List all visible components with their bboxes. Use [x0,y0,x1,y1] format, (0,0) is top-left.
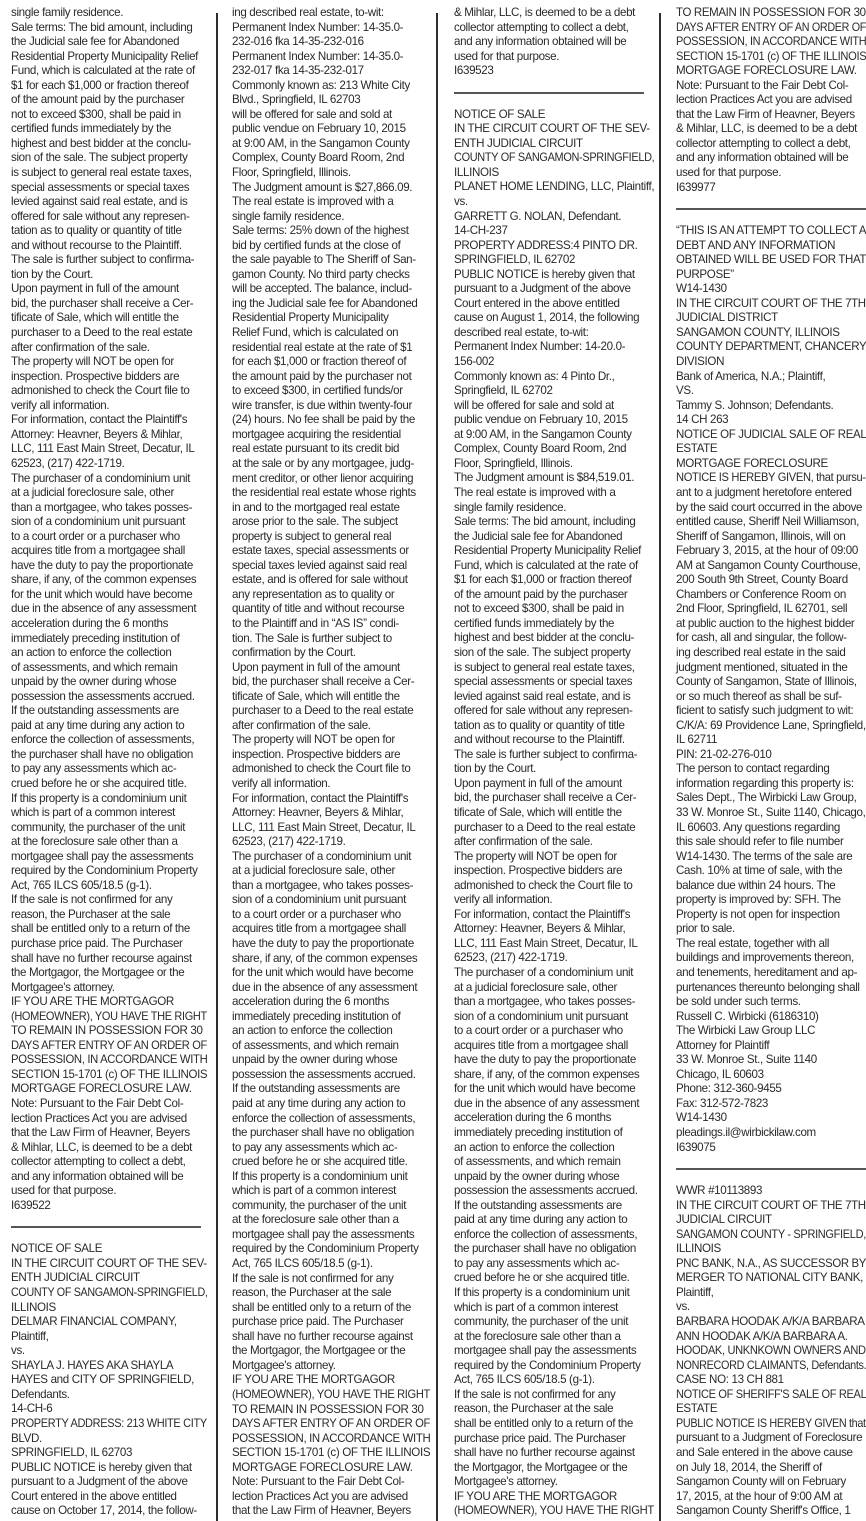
notice-text-line: to pay any assessments which ac- [454,1257,654,1272]
notice-text-line: unpaid by the owner during whose [11,675,207,690]
notice-text-line: the sale payable to The Sheriff of San- [232,253,430,268]
notice-text-line: SPRINGFIELD, IL 62702 [454,253,654,268]
notice-text-line: February 3, 2015, at the hour of 09:00 [676,544,866,559]
notice-text-line: enforce the collection of assessments, [11,733,207,748]
notice-text-line: possession the assessments accrued. [11,690,207,705]
notice-text-line: share, if any, of the common expenses [232,952,430,967]
notice-text-line: required by the Condominium Property [232,1242,430,1257]
notice-text-line: LLC, 111 East Main Street, Decatur, IL [232,821,430,836]
notice-text-line: Chambers or Conference Room on [676,588,866,603]
notice-text-line: Chicago, IL 60603 [676,1068,866,1083]
notice-text-line: The person to contact regarding [676,762,866,777]
notice-text-line: have the duty to pay the proportionate [11,559,207,574]
notice-text-line: offered for sale without any represen- [11,210,207,225]
notice-text-line: Mortgagee's attorney. [454,1475,654,1490]
notice-text-line: NOTICE OF JUDICIAL SALE OF REAL [676,428,864,443]
notice-text-line: Residential Property Municipality Relief [11,50,207,65]
notice-text-line: The real estate, together with all [676,937,866,952]
notice-text-line: & Mihlar, LLC, is deemed to be a debt [454,6,654,21]
notice-text-line: after confirmation of the sale. [11,341,207,356]
notice-text-line: $1 for each $1,000 or fraction thereof [11,79,207,94]
notice-text-line: $1 for each $1,000 or fraction thereof [454,573,654,588]
notice-text-line: Upon payment in full of the amount [454,777,654,792]
notice-text-line: If this property is a condominium unit [11,792,207,807]
notice-text-line: The property will NOT be open for [232,733,430,748]
notice-text-line: Residential Property Municipality [232,311,430,326]
legal-notice: NOTICE OF SALEIN THE CIRCUIT COURT OF TH… [11,1242,207,1518]
notice-text-line: PUBLIC NOTICE is hereby given that [11,1461,207,1476]
notice-text-line: 232-017 fka 14-35-232-017 [232,64,430,79]
notice-text-line: reason, the Purchaser at the sale [11,908,207,923]
notice-text-line: W14-1430 [676,282,866,297]
notice-text-line: Attorney: Heavner, Beyers & Mihlar, [11,428,207,443]
notice-text-line: crued before he or she acquired title. [454,1271,654,1286]
notice-text-line: at the foreclosure sale other than a [11,835,207,850]
notice-text-line: ing described real estate, to-wit: [232,6,430,21]
notice-text-line: ENTH JUDICIAL CIRCUIT [454,137,654,152]
notice-text-line: sion of a condominium unit pursuant [454,1010,654,1025]
notice-text-line: IF YOU ARE THE MORTGAGOR [454,1490,654,1505]
notice-text-line: Court entered in the above entitled [454,297,654,312]
notice-text-line: collector attempting to collect a debt, [454,21,654,36]
notice-text-line: for the unit which would have become [11,588,207,603]
notice-text-line: gamon County. No third party checks [232,268,430,283]
notice-text-line: not to exceed $300, shall be paid in [11,108,207,123]
notice-text-line: PUBLIC NOTICE is hereby given that [454,268,654,283]
notice-text-line: acquires title from a mortgagee shall [454,1039,654,1054]
notice-text-line: Property is not open for inspection [676,908,866,923]
notice-text-line: (24) hours. No fee shall be paid by the [232,413,430,428]
notice-text-line: of assessments, and which remain [11,661,207,676]
notice-text-line: for cash, all and singular, the follow- [676,631,866,646]
notice-text-line: inspection. Prospective bidders are [232,748,430,763]
notice-text-line: Sale terms: The bid amount, including [454,515,654,530]
notice-text-line: Fund, which is calculated at the rate of [454,559,654,574]
notice-text-line: Complex, County Board Room, 2nd [454,442,654,457]
notice-text-line: inspection. Prospective bidders are [11,370,207,385]
notice-text-line: ANN HOODAK A/K/A BARBARA A. [676,1330,866,1345]
notice-text-line: The Judgment amount is $84,519.01. [454,471,654,486]
notice-text-line: bid, the purchaser shall receive a Cer- [454,791,654,806]
notice-text-line: MERGER TO NATIONAL CITY BANK, [676,1271,866,1286]
notice-text-line: at the sale or by any mortgagee, judg- [232,457,430,472]
notice-text-line: have the duty to pay the proportionate [454,1053,654,1068]
notice-text-line: For information, contact the Plaintiff's [11,413,207,428]
notice-text-line: LLC, 111 East Main Street, Decatur, IL [454,937,654,952]
notice-text-line: 232-016 fka 14-35-232-016 [232,35,430,50]
notice-text-line: pursuant to a Judgment of Foreclosure [676,1431,866,1446]
notice-text-line: for each $1,000 or fraction thereof of [232,355,430,370]
notice-text-line: purchase price paid. The Purchaser [232,1315,430,1330]
notice-text-line: TO REMAIN IN POSSESSION FOR 30 [676,6,864,21]
notice-text-line: VS. [676,384,866,399]
notice-text-line: used for that purpose. [454,50,654,65]
notice-text-line: used for that purpose. [11,1184,207,1199]
notice-text-line: If the sale is not confirmed for any [454,1388,654,1403]
legal-notice: ing described real estate, to-wit:Perman… [232,6,430,1519]
notice-text-line: ment creditor, or other lienor acquiring [232,472,430,487]
notice-text-line: acquires title from a mortgagee shall [232,922,430,937]
legal-notice: “THIS IS AN ATTEMPT TO COLLECT ADEBT AND… [676,224,866,1155]
notice-text-line: Permanent Index Number: 14-20.0- [454,340,654,355]
notice-text-line: COUNTY DEPARTMENT, CHANCERY [676,340,865,355]
notice-text-line: to a court order or a purchaser who [11,530,207,545]
notice-text-line: I639522 [11,1199,207,1214]
notice-text-line: POSSESSION, IN ACCORDANCE WITH [11,1053,202,1068]
notice-text-line: public vendue on February 10, 2015 [454,413,654,428]
notice-text-line: OBTAINED WILL BE USED FOR THAT [676,253,864,268]
notice-text-line: than a mortgagee, who takes posses- [454,995,654,1010]
notice-text-line: at 9:00 AM, in the Sangamon County [454,428,654,443]
notice-text-line: purchaser to a Deed to the real estate [454,821,654,836]
notice-text-line: The purchaser of a condominium unit [11,472,207,487]
notice-text-line: shall be entitled only to a return of th… [454,1417,654,1432]
notice-text-line: mortgagee shall pay the assessments [454,1344,654,1359]
notice-text-line: DAYS AFTER ENTRY OF AN ORDER OF [676,21,852,36]
notice-text-line: Note: Pursuant to the Fair Debt Col- [232,1475,430,1490]
notice-text-line: Permanent Index Number: 14-35.0- [232,50,430,65]
legal-notice: & Mihlar, LLC, is deemed to be a debtcol… [454,6,654,79]
notice-text-line: property is subject to general real [232,530,430,545]
notice-text-line: 33 W. Monroe St., Suite 1140, Chicago, [676,806,866,821]
notice-text-line: Sale terms: 25% down of the highest [232,224,430,239]
notice-text-line: If the outstanding assessments are [232,1082,430,1097]
notice-text-line: Residential Property Municipality Relief [454,544,654,559]
notice-text-line: after confirmation of the sale. [454,835,654,850]
notice-text-line: certified funds immediately by the [454,617,654,632]
notice-separator-rule [454,92,644,94]
notice-text-line: at the foreclosure sale other than a [454,1330,654,1345]
notice-text-line: at a judicial foreclosure sale, other [11,486,207,501]
notice-text-line: paid at any time during any action to [11,719,207,734]
notice-text-line: SECTION 15-1701 (c) OF THE ILLINOIS [232,1446,430,1461]
notice-text-line: The Wirbicki Law Group LLC [676,1024,866,1039]
notice-separator-rule [676,1168,866,1170]
notice-text-line: any representation as to quality or [232,588,430,603]
notice-text-line: GARRETT G. NOLAN, Defendant. [454,210,654,225]
notice-text-line: on July 18, 2014, the Sheriff of [676,1461,866,1476]
notice-text-line: DAYS AFTER ENTRY OF AN ORDER OF [11,1039,198,1054]
notice-text-line: for the unit which would have become [454,1082,654,1097]
notice-text-line: buildings and improvements thereon, [676,951,866,966]
notice-text-line: due in the absence of any assessment [11,602,207,617]
notice-text-line: County of Sangamon, State of Illinois, [676,675,866,690]
notice-text-line: levied against said real estate, and is [454,690,654,705]
notice-text-line: Upon payment in full of the amount [232,661,430,676]
notice-text-line: that the Law Firm of Heavner, Beyers [676,108,866,123]
notice-text-line: and without recourse to the Plaintiff. [454,733,654,748]
notice-text-line: residential real estate at the rate of $… [232,341,430,356]
notice-text-line: Fund, which is calculated at the rate of [11,64,207,79]
notice-text-line: to a court order or a purchaser who [454,1024,654,1039]
notice-text-line: Floor, Springfield, Illinois. [232,166,430,181]
notice-text-line: Note: Pursuant to the Fair Debt Col- [676,79,866,94]
notice-text-line: The real estate is improved with a [454,486,654,501]
notice-text-line: I639075 [676,1141,866,1156]
notice-text-line: ILLINOIS [11,1301,207,1316]
notice-text-line: ing described real estate in the said [676,646,866,661]
notice-text-line: IN THE CIRCUIT COURT OF THE 7TH [676,1199,864,1214]
notice-text-line: Plaintiff, [676,1286,866,1301]
notice-text-line: which is part of a common interest [454,1301,654,1316]
notice-text-line: of the amount paid by the purchaser [454,588,654,603]
notice-text-line: acquires title from a mortgagee shall [11,544,207,559]
notice-text-line: acceleration during the 6 months [454,1111,654,1126]
notice-text-line: Sheriff of Sangamon, Illinois, will on [676,530,866,545]
notice-text-line: For information, contact the Plaintiff's [454,908,654,923]
notice-text-line: at a judicial foreclosure sale, other [232,864,430,879]
notice-text-line: lection Practices Act you are advised [11,1112,207,1127]
notice-text-line: If the outstanding assessments are [11,704,207,719]
legal-notice: NOTICE OF SALEIN THE CIRCUIT COURT OF TH… [454,108,654,1519]
notice-text-line: confirmation by the Court. [232,646,430,661]
notice-text-line: at the foreclosure sale other than a [232,1213,430,1228]
notice-text-line: described real estate, to-wit: [454,326,654,341]
notice-text-line: POSSESSION, IN ACCORDANCE WITH [232,1432,427,1447]
notice-text-line: share, if any, of the common expenses [11,573,207,588]
notice-text-line: ESTATE [676,1402,866,1417]
notice-text-line: Act, 765 ILCS 605/18.5 (g-1). [11,879,207,894]
notice-text-line: mortgagee shall pay the assessments [232,1228,430,1243]
notice-text-line: IL 62711 [676,733,866,748]
notice-separator-rule [676,208,866,210]
notice-text-line: public vendue on February 10, 2015 [232,122,430,137]
notice-text-line: MORTGAGE FORECLOSURE LAW. [11,1082,207,1097]
notice-text-line: judgment mentioned, situated in the [676,661,866,676]
notice-text-line: sion of the sale. The subject property [454,646,654,661]
notice-text-line: Tammy S. Johnson; Defendants. [676,399,866,414]
column-divider [216,13,218,1521]
notice-text-line: real estate pursuant to its credit bid [232,442,430,457]
notice-text-line: enforce the collection of assessments, [454,1228,654,1243]
notice-text-line: that the Law Firm of Heavner, Beyers [232,1504,430,1519]
notice-text-line: shall have no further recourse against [232,1330,430,1345]
notice-text-line: 62523, (217) 422-1719. [454,951,654,966]
notice-text-line: SANGAMON COUNTY - SPRINGFIELD, [676,1228,857,1243]
notice-text-line: share, if any, of the common expenses [454,1068,654,1083]
notice-text-line: not to exceed $300, shall be paid in [454,602,654,617]
notice-text-line: of the amount paid by the purchaser [11,93,207,108]
notice-text-line: to pay any assessments which ac- [232,1141,430,1156]
notice-text-line: crued before he or she acquired title. [232,1155,430,1170]
notice-text-line: PNC BANK, N.A., AS SUCCESSOR BY [676,1257,862,1272]
notice-text-line: NOTICE IS HEREBY GIVEN, that pursu- [676,471,858,486]
notice-text-line: at 9:00 AM, in the Sangamon County [232,137,430,152]
notice-text-line: 33 W. Monroe St., Suite 1140 [676,1053,866,1068]
notice-text-line: shall have no further recourse against [454,1446,654,1461]
notice-text-line: Attorney for Plaintiff [676,1039,866,1054]
notice-text-line: unpaid by the owner during whose [232,1053,430,1068]
notice-text-line: lection Practices Act you are advised [676,93,866,108]
notice-text-line: purtenances thereunto belonging shall [676,981,866,996]
notice-text-line: pleadings.il@wirbickilaw.com [676,1126,866,1141]
notice-text-line: 17, 2015, at the hour of 9:00 AM at [676,1490,866,1505]
notice-text-line: and any information obtained will be [11,1170,207,1185]
notice-text-line: estate taxes, special assessments or [232,544,430,559]
notice-text-line: shall be entitled only to a return of th… [11,922,207,937]
notice-text-line: LLC, 111 East Main Street, Decatur, IL [11,442,207,457]
notice-text-line: sion of the sale. The subject property [11,151,207,166]
notice-text-line: BARBARA HOODAK A/K/A BARBARA [676,1315,866,1330]
notice-text-line: required by the Condominium Property [11,864,207,879]
notice-text-line: the Mortgagor, the Mortgagee or the [232,1344,430,1359]
notice-text-line: ILLINOIS [676,1242,866,1257]
notice-text-line: or so much thereof as shall be suf- [676,690,866,705]
notice-text-line: single family residence. [11,6,207,21]
notice-text-line: TO REMAIN IN POSSESSION FOR 30 [11,1024,207,1039]
notice-text-line: 14-CH-237 [454,224,654,239]
notice-text-line: acceleration during the 6 months [232,995,430,1010]
notice-text-line: estate, and is offered for sale without [232,573,430,588]
notice-text-line: tificate of Sale, which will entitle the [11,311,207,326]
notice-text-line: due in the absence of any assessment [454,1097,654,1112]
notice-text-line: of assessments, and which remain [454,1155,654,1170]
notice-text-line: Sangamon County Sheriff's Office, 1 [676,1504,866,1519]
notice-text-line: wire transfer, is due within twenty-four [232,399,430,414]
notice-text-line: shall have no further recourse against [11,952,207,967]
notice-text-line: mortgagee shall pay the assessments [11,850,207,865]
notice-text-line: Sale terms: The bid amount, including [11,21,207,36]
notice-text-line: arose prior to the sale. The subject [232,515,430,530]
notice-text-line: HAYES and CITY OF SPRINGFIELD, [11,1373,207,1388]
notice-text-line: and any information obtained will be [454,35,654,50]
notice-text-line: Plaintiff, [11,1330,207,1345]
notice-text-line: enforce the collection of assessments, [232,1112,430,1127]
notice-text-line: Springfield, IL 62702 [454,384,654,399]
notice-text-line: special taxes levied against said real [232,559,430,574]
notice-text-line: the amount paid by the purchaser not [232,370,430,385]
notice-text-line: the Mortgagor, the Mortgagee or the [454,1461,654,1476]
notice-text-line: NOTICE OF SHERIFF'S SALE OF REAL [676,1388,857,1403]
notice-text-line: The Judgment amount is $27,866.09. [232,181,430,196]
notice-text-line: If this property is a condominium unit [232,1170,430,1185]
notice-text-line: ILLINOIS [454,166,654,181]
notice-text-line: sion of a condominium unit pursuant [232,893,430,908]
notice-text-line: immediately preceding institution of [11,632,207,647]
notice-text-line: is subject to general real estate taxes, [11,166,207,181]
notice-text-line: single family residence. [232,210,430,225]
notice-text-line: paid at any time during any action to [232,1097,430,1112]
notice-text-line: purchaser to a Deed to the real estate [232,704,430,719]
notice-text-line: IL 60603. Any questions regarding [676,821,866,836]
notice-text-line: For information, contact the Plaintiff's [232,792,430,807]
notice-text-line: be sold under such terms. [676,995,866,1010]
notice-text-line: WWR #10113893 [676,1184,866,1199]
notice-text-line: certified funds immediately by the [11,122,207,137]
notice-text-line: MORTGAGE FORECLOSURE [676,457,866,472]
column-3: & Mihlar, LLC, is deemed to be a debtcol… [454,0,654,1521]
notice-text-line: to pay any assessments which ac- [11,762,207,777]
notice-text-line: information regarding this property is: [676,777,866,792]
notice-text-line: I639523 [454,64,654,79]
notice-text-line: verify all information. [11,399,207,414]
notice-text-line: (HOMEOWNER), YOU HAVE THE RIGHT [454,1504,647,1519]
notice-text-line: that the Law Firm of Heavner, Beyers [11,1126,207,1141]
notice-text-line: the residential real estate whose rights [232,486,430,501]
notice-text-line: for the unit which would have become [232,966,430,981]
notice-text-line: If this property is a condominium unit [454,1286,654,1301]
notice-text-line: IN THE CIRCUIT COURT OF THE SEV- [454,122,654,137]
notice-text-line: community, the purchaser of the unit [232,1199,430,1214]
notice-text-line: bid, the purchaser shall receive a Cer- [11,297,207,312]
notice-text-line: collector attempting to collect a debt, [676,137,866,152]
notice-text-line: bid, the purchaser shall receive a Cer- [232,675,430,690]
notice-text-line: community, the purchaser of the unit [454,1315,654,1330]
notice-text-line: Relief Fund, which is calculated on [232,326,430,341]
notice-text-line: crued before he or she acquired title. [11,777,207,792]
notice-text-line: than a mortgagee, who takes posses- [232,879,430,894]
notice-text-line: Fax: 312-572-7823 [676,1097,866,1112]
notice-text-line: The property will NOT be open for [454,850,654,865]
notice-text-line: used for that purpose. [676,166,866,181]
notice-text-line: the purchaser shall have no obligation [454,1242,654,1257]
notice-text-line: JUDICIAL CIRCUIT [676,1213,866,1228]
notice-text-line: Note: Pursuant to the Fair Debt Col- [11,1097,207,1112]
notice-text-line: tion by the Court. [454,762,654,777]
notice-text-line: than a mortgagee, who takes posses- [11,501,207,516]
notice-text-line: SECTION 15-1701 (c) OF THE ILLINOIS [676,50,858,65]
notice-text-line: POSSESSION, IN ACCORDANCE WITH [676,35,856,50]
notice-text-line: Mortgagee's attorney. [232,1359,430,1374]
column-4: TO REMAIN IN POSSESSION FOR 30DAYS AFTER… [676,0,866,1521]
notice-text-line: reason, the Purchaser at the sale [232,1286,430,1301]
notice-text-line: tation as to quality or quantity of titl… [454,719,654,734]
notice-text-line: NOTICE OF SALE [11,1242,207,1257]
notice-text-line: Court entered in the above entitled [11,1490,207,1505]
notice-text-line: SECTION 15-1701 (c) OF THE ILLINOIS [11,1068,205,1083]
notice-text-line: to the Plaintiff and in “AS IS” condi- [232,617,430,632]
notice-text-line: admonished to check the Court file to [11,384,207,399]
notice-text-line: after confirmation of the sale. [232,719,430,734]
notice-text-line: ENTH JUDICIAL CIRCUIT [11,1271,207,1286]
notice-text-line: an action to enforce the collection [232,1024,430,1039]
notice-text-line: The real estate is improved with a [232,195,430,210]
notice-text-line: property is improved by: SFH. The [676,893,866,908]
notice-text-line: will be offered for sale and sold at [454,399,654,414]
notice-text-line: will be offered for sale and sold at [232,108,430,123]
notice-text-line: ficient to satisfy such judgment to wit: [676,704,866,719]
notice-text-line: The sale is further subject to confirma- [11,253,207,268]
notice-text-line: Russell C. Wirbicki (6186310) [676,1010,866,1025]
notice-text-line: due in the absence of any assessment [232,981,430,996]
notice-text-line: entitled cause, Sheriff Neil Williamson, [676,515,866,530]
notice-text-line: Floor, Springfield, Illinois. [454,457,654,472]
notice-text-line: The purchaser of a condominium unit [454,966,654,981]
legal-notices-page: single family residence.Sale terms: The … [0,0,866,1521]
notice-text-line: DIVISION [676,355,866,370]
notice-text-line: 14-CH-6 [11,1402,207,1417]
legal-notice: TO REMAIN IN POSSESSION FOR 30DAYS AFTER… [676,6,866,195]
notice-text-line: and tenements, hereditament and ap- [676,966,866,981]
notice-text-line: IN THE CIRCUIT COURT OF THE SEV- [11,1257,207,1272]
notice-text-line: Sangamon County will on February [676,1475,866,1490]
notice-text-line: Sales Dept., The Wirbicki Law Group, [676,791,866,806]
notice-text-line: Act, 765 ILCS 605/18.5 (g-1). [454,1373,654,1388]
notice-text-line: reason, the Purchaser at the sale [454,1402,654,1417]
notice-text-line: paid at any time during any action to [454,1213,654,1228]
notice-text-line: Complex, County Board Room, 2nd [232,151,430,166]
notice-text-line: PROPERTY ADDRESS: 213 WHITE CITY [11,1417,197,1432]
notice-text-line: single family residence. [454,501,654,516]
notice-text-line: The property will NOT be open for [11,355,207,370]
notice-text-line: vs. [676,1300,866,1315]
notice-text-line: immediately preceding institution of [232,1010,430,1025]
column-divider [436,13,438,1521]
notice-text-line: the purchaser shall have no obligation [232,1126,430,1141]
notice-text-line: DEBT AND ANY INFORMATION [676,239,866,254]
notice-text-line: balance due within 24 hours. The [676,879,866,894]
column-1: single family residence.Sale terms: The … [11,0,207,1521]
